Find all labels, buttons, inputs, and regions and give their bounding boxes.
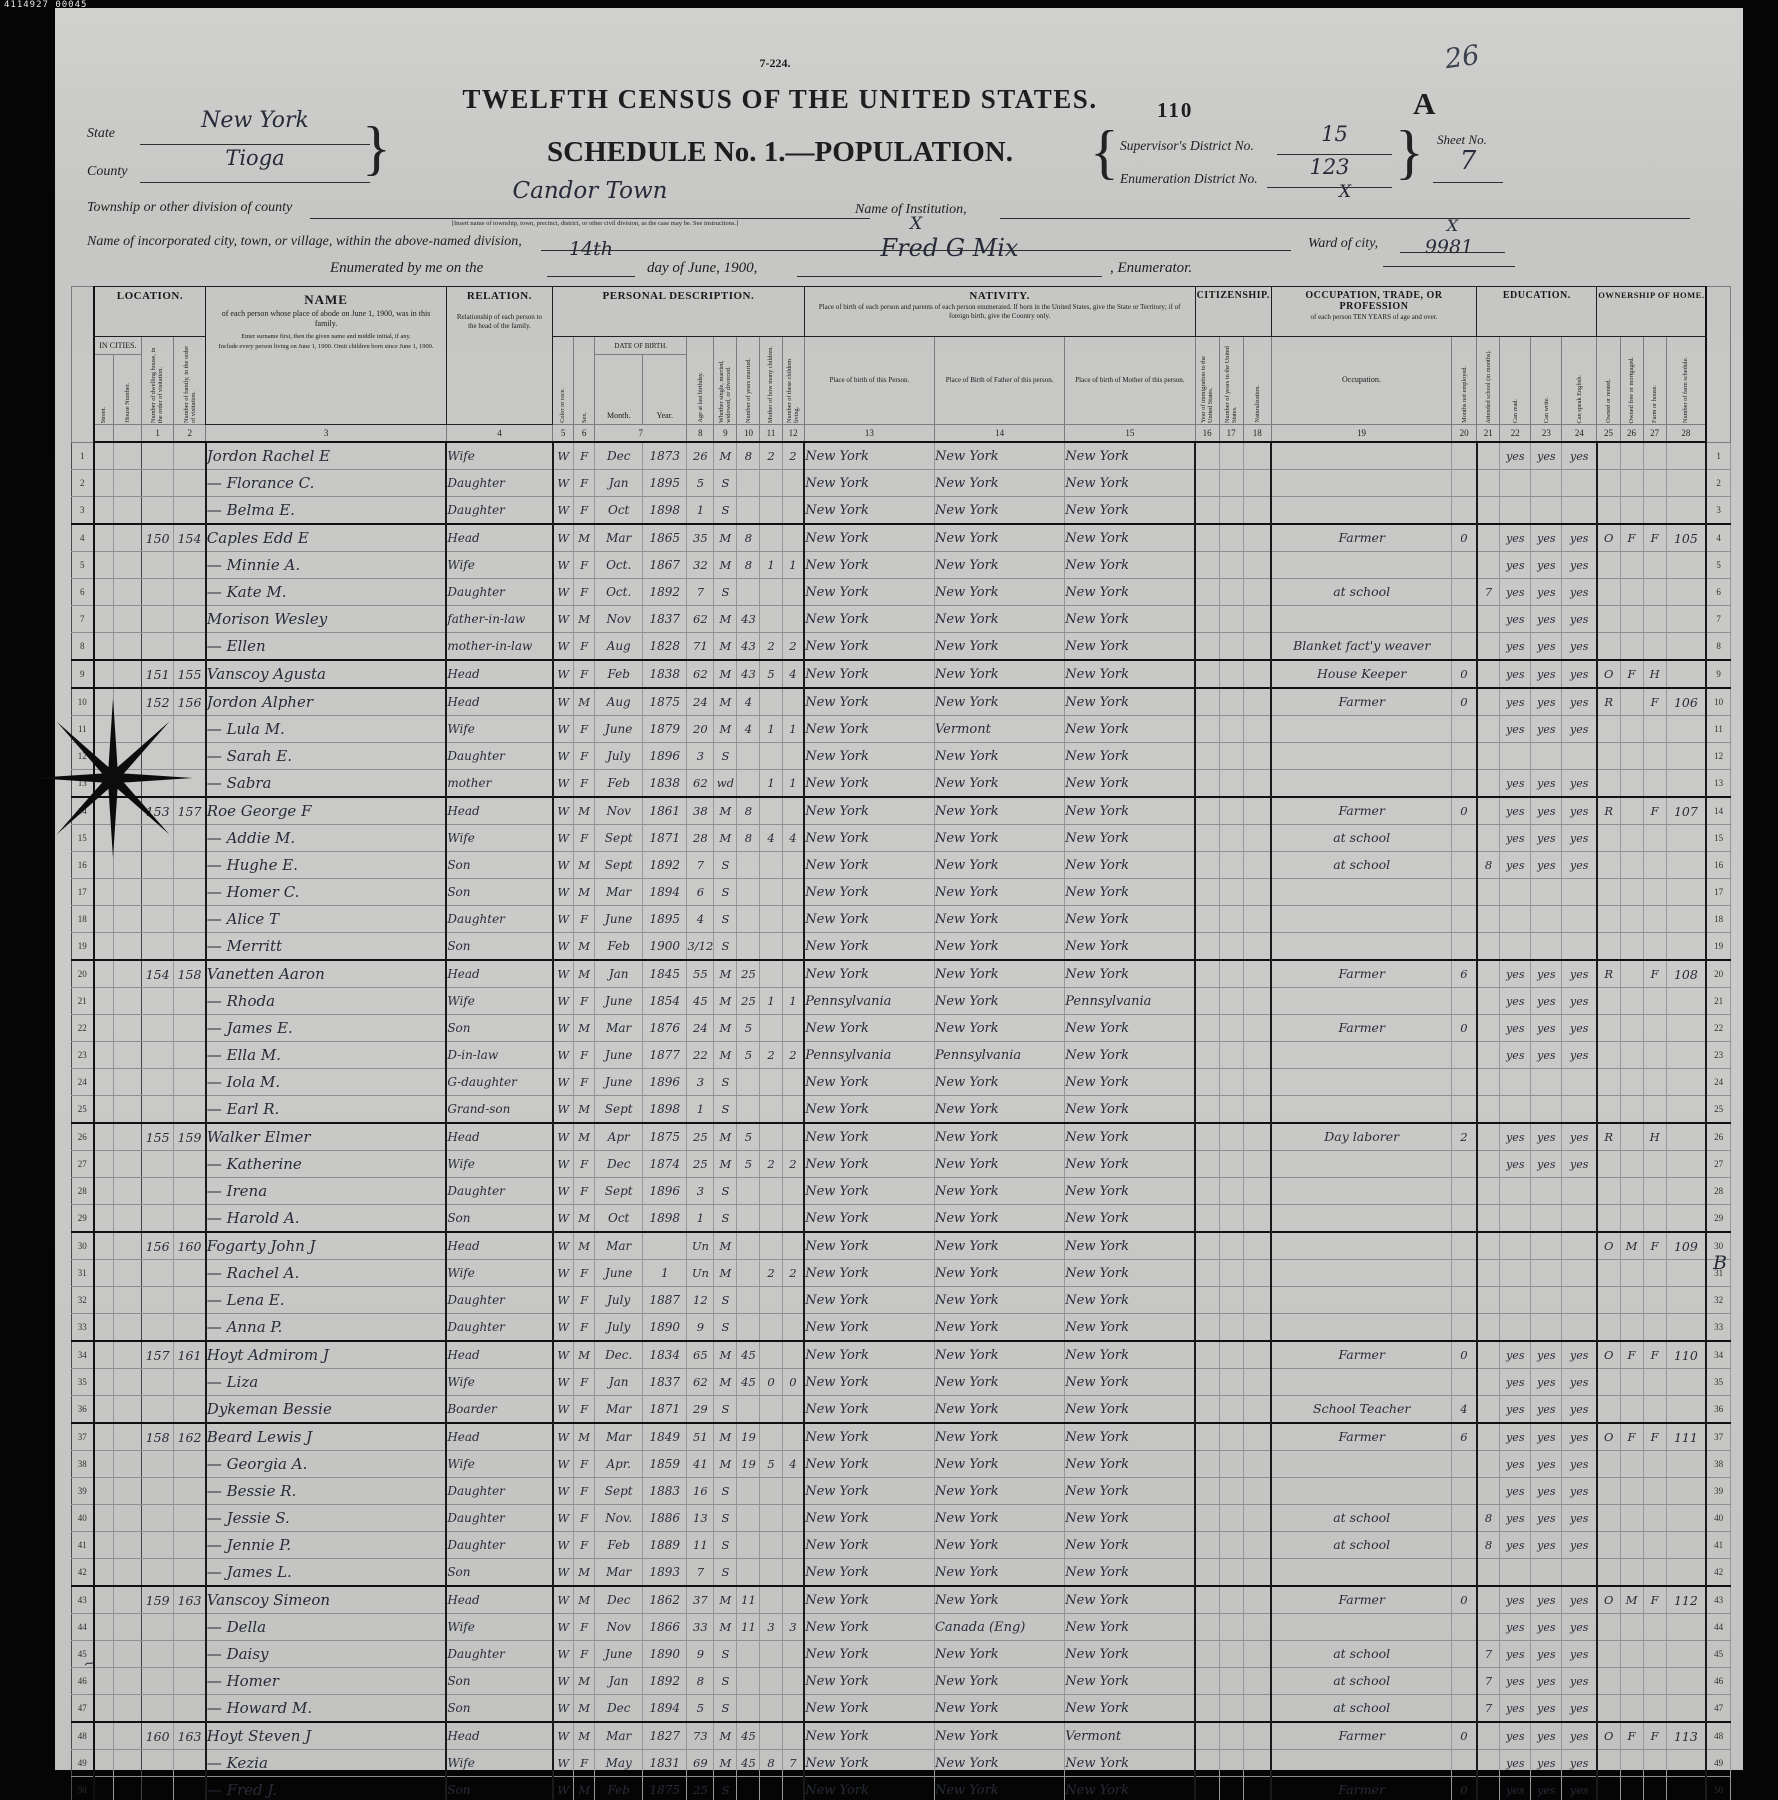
line-number-right: 17 <box>1706 879 1730 906</box>
children-living <box>782 1123 804 1151</box>
free-mortgaged: F <box>1620 660 1643 688</box>
owned-rented <box>1597 1042 1620 1069</box>
age: 7 <box>687 579 714 606</box>
house-number <box>114 1314 142 1342</box>
age: 65 <box>687 1341 714 1369</box>
age: 8 <box>687 1668 714 1695</box>
occupation <box>1271 497 1451 525</box>
free-mortgaged: F <box>1620 1722 1643 1750</box>
house-number <box>114 1614 142 1641</box>
months-not-employed <box>1452 743 1477 770</box>
birth-year: 1831 <box>643 1750 687 1777</box>
family-number: 159 <box>174 1123 206 1151</box>
name: — Lula M. <box>206 716 447 743</box>
sex: F <box>574 1641 595 1668</box>
can-speak-english: yes <box>1562 633 1597 661</box>
age: 3 <box>687 743 714 770</box>
column-number-blank <box>94 425 114 443</box>
column-numbers-row: 1234567891011121314151617181920212223242… <box>72 425 1731 443</box>
can-write <box>1531 1205 1562 1233</box>
can-read: yes <box>1500 1750 1531 1777</box>
color: W <box>553 988 574 1015</box>
farm-schedule-number: 108 <box>1666 960 1706 988</box>
mother-of-children <box>760 1287 782 1314</box>
relation: Head <box>446 1232 552 1260</box>
months-not-employed: 0 <box>1452 688 1477 716</box>
relation: Daughter <box>446 1505 552 1532</box>
age: 62 <box>687 770 714 798</box>
can-read <box>1500 1559 1531 1587</box>
years-in-us <box>1219 1123 1243 1151</box>
color: W <box>553 688 574 716</box>
age: 9 <box>687 1314 714 1342</box>
age: 3/12 <box>687 933 714 961</box>
birth-month: Jan <box>595 1369 643 1396</box>
father-birthplace: New York <box>934 1722 1064 1750</box>
line-number-left: 22 <box>72 1015 94 1042</box>
line-number-right: 41 <box>1706 1532 1730 1559</box>
owned-rented <box>1597 933 1620 961</box>
school-months <box>1477 1559 1500 1587</box>
birth-year: 1894 <box>643 1695 687 1723</box>
farm-schedule-number <box>1666 470 1706 497</box>
relation: Wife <box>446 1750 552 1777</box>
birth-year: 1886 <box>643 1505 687 1532</box>
birthplace: New York <box>804 1205 934 1233</box>
family-number <box>174 1069 206 1096</box>
can-read: yes <box>1500 1015 1531 1042</box>
years-in-us <box>1219 660 1243 688</box>
years-married <box>737 906 760 933</box>
name: — Iola M. <box>206 1069 447 1096</box>
color: W <box>553 1096 574 1124</box>
father-birthplace: New York <box>934 1151 1064 1178</box>
relation: Son <box>446 1695 552 1723</box>
owned-rented <box>1597 1369 1620 1396</box>
birthplace: New York <box>804 579 934 606</box>
dwelling-number <box>142 1505 174 1532</box>
occupation: at school <box>1271 1532 1451 1559</box>
col-house-number: House Number. <box>114 355 142 425</box>
age: 11 <box>687 1532 714 1559</box>
years-in-us <box>1219 1722 1243 1750</box>
relation: mother <box>446 770 552 798</box>
family-number <box>174 1396 206 1424</box>
birth-month: Oct. <box>595 552 643 579</box>
line-number-left: 9 <box>72 660 94 688</box>
birthplace: New York <box>804 1015 934 1042</box>
column-number-26: 26 <box>1620 425 1643 443</box>
column-number-17: 17 <box>1219 425 1243 443</box>
naturalization <box>1243 879 1271 906</box>
dwelling-number <box>142 1369 174 1396</box>
marital-status: M <box>714 552 737 579</box>
naturalization <box>1243 688 1271 716</box>
immigration-year <box>1195 1695 1219 1723</box>
can-write: yes <box>1531 660 1562 688</box>
name: — Katherine <box>206 1151 447 1178</box>
owned-rented: O <box>1597 1341 1620 1369</box>
naturalization <box>1243 1451 1271 1478</box>
free-mortgaged <box>1620 1096 1643 1124</box>
occupation <box>1271 606 1451 633</box>
school-months <box>1477 1341 1500 1369</box>
birth-month: Nov <box>595 606 643 633</box>
immigration-year <box>1195 1423 1219 1451</box>
birth-month: Feb <box>595 933 643 961</box>
mother-of-children <box>760 1695 782 1723</box>
age: 71 <box>687 633 714 661</box>
age: 25 <box>687 1777 714 1800</box>
naturalization <box>1243 606 1271 633</box>
farm-schedule-number <box>1666 716 1706 743</box>
school-months <box>1477 1586 1500 1614</box>
marital-status: M <box>714 1369 737 1396</box>
name: — Della <box>206 1614 447 1641</box>
free-mortgaged <box>1620 906 1643 933</box>
birth-month: Mar <box>595 879 643 906</box>
farm-schedule-number: 111 <box>1666 1423 1706 1451</box>
years-in-us <box>1219 606 1243 633</box>
birth-month: Nov <box>595 1614 643 1641</box>
stamp-110: 110 <box>1157 98 1193 123</box>
mother-birthplace: New York <box>1065 1178 1195 1205</box>
free-mortgaged: M <box>1620 1586 1643 1614</box>
column-number-19: 19 <box>1271 425 1451 443</box>
mother-birthplace: New York <box>1065 770 1195 798</box>
city-label: Name of incorporated city, town, or vill… <box>87 234 522 250</box>
free-mortgaged <box>1620 825 1643 852</box>
age: 7 <box>687 1559 714 1587</box>
can-write: yes <box>1531 852 1562 879</box>
marital-status: M <box>714 1260 737 1287</box>
birth-month: Dec. <box>595 1341 643 1369</box>
naturalization <box>1243 906 1271 933</box>
children-living: 3 <box>782 1614 804 1641</box>
marital-status: S <box>714 1069 737 1096</box>
can-speak-english: yes <box>1562 1341 1597 1369</box>
state-value: New York <box>201 108 309 133</box>
census-table-header: LOCATION. NAME of each person whose plac… <box>72 287 1731 443</box>
street <box>94 1722 114 1750</box>
marital-status: S <box>714 852 737 879</box>
occupation <box>1271 1205 1451 1233</box>
months-not-employed <box>1452 988 1477 1015</box>
house-number <box>114 1260 142 1287</box>
column-number-9: 9 <box>714 425 737 443</box>
township-label: Township or other division of county <box>87 200 292 216</box>
father-birthplace: New York <box>934 1205 1064 1233</box>
color: W <box>553 1722 574 1750</box>
children-living: 4 <box>782 825 804 852</box>
farm-house <box>1643 1396 1666 1424</box>
immigration-year <box>1195 660 1219 688</box>
months-not-employed <box>1452 1232 1477 1260</box>
name: — Daisy <box>206 1641 447 1668</box>
can-read: yes <box>1500 1532 1531 1559</box>
father-birthplace: New York <box>934 1423 1064 1451</box>
marital-status: S <box>714 579 737 606</box>
birth-month: Apr <box>595 1123 643 1151</box>
marital-status: S <box>714 1396 737 1424</box>
col-free-mortgaged: Owned free or mortgaged. <box>1620 337 1643 425</box>
birth-year: 1895 <box>643 906 687 933</box>
naturalization <box>1243 1559 1271 1587</box>
naturalization <box>1243 524 1271 552</box>
street <box>94 960 114 988</box>
can-write: yes <box>1531 1668 1562 1695</box>
relation: Wife <box>446 716 552 743</box>
months-not-employed <box>1452 1695 1477 1723</box>
children-living <box>782 1777 804 1800</box>
occupation: Blanket fact'y weaver <box>1271 633 1451 661</box>
line-number-header-right <box>1706 287 1730 443</box>
immigration-year <box>1195 770 1219 798</box>
street <box>94 1205 114 1233</box>
age: 4 <box>687 906 714 933</box>
mother-of-children <box>760 1015 782 1042</box>
mother-of-children <box>760 1559 782 1587</box>
children-living: 4 <box>782 660 804 688</box>
birthplace: New York <box>804 1396 934 1424</box>
farm-schedule-number <box>1666 1532 1706 1559</box>
line-number-right: 40 <box>1706 1505 1730 1532</box>
enumerated-day-field: 14th <box>547 236 635 277</box>
house-number <box>114 1069 142 1096</box>
father-birthplace: New York <box>934 1750 1064 1777</box>
relation: Son <box>446 1559 552 1587</box>
mother-birthplace: New York <box>1065 1586 1195 1614</box>
immigration-year <box>1195 633 1219 661</box>
immigration-year <box>1195 1478 1219 1505</box>
mother-of-children: 1 <box>760 552 782 579</box>
marital-status: M <box>714 442 737 470</box>
family-number <box>174 906 206 933</box>
months-not-employed <box>1452 1750 1477 1777</box>
house-number <box>114 524 142 552</box>
mother-birthplace: New York <box>1065 1096 1195 1124</box>
farm-house: F <box>1643 1722 1666 1750</box>
line-number-right: 34 <box>1706 1341 1730 1369</box>
years-in-us <box>1219 1777 1243 1800</box>
free-mortgaged <box>1620 1777 1643 1800</box>
free-mortgaged <box>1620 633 1643 661</box>
free-mortgaged <box>1620 1205 1643 1233</box>
farm-schedule-number: 112 <box>1666 1586 1706 1614</box>
occupation <box>1271 1314 1451 1342</box>
relation: Wife <box>446 825 552 852</box>
family-number <box>174 1777 206 1800</box>
mother-birthplace: New York <box>1065 1777 1195 1800</box>
months-not-employed <box>1452 1641 1477 1668</box>
months-not-employed: 0 <box>1452 1341 1477 1369</box>
years-in-us <box>1219 579 1243 606</box>
birth-year: 1898 <box>643 1096 687 1124</box>
column-number-14: 14 <box>934 425 1064 443</box>
street <box>94 1123 114 1151</box>
father-birthplace: New York <box>934 1478 1064 1505</box>
street <box>94 879 114 906</box>
can-speak-english: yes <box>1562 606 1597 633</box>
color: W <box>553 1015 574 1042</box>
mother-birthplace: New York <box>1065 524 1195 552</box>
owned-rented <box>1597 1314 1620 1342</box>
dwelling-number: 150 <box>142 524 174 552</box>
years-married: 45 <box>737 1369 760 1396</box>
relation: Daughter <box>446 1287 552 1314</box>
birth-month: Dec <box>595 1695 643 1723</box>
farm-schedule-number <box>1666 1260 1706 1287</box>
house-number <box>114 1478 142 1505</box>
free-mortgaged <box>1620 852 1643 879</box>
can-speak-english <box>1562 1096 1597 1124</box>
farm-house <box>1643 470 1666 497</box>
house-number <box>114 442 142 470</box>
immigration-year <box>1195 1586 1219 1614</box>
marital-status: S <box>714 1668 737 1695</box>
birthplace: New York <box>804 1341 934 1369</box>
occupation: Day laborer <box>1271 1123 1451 1151</box>
owned-rented <box>1597 825 1620 852</box>
school-months <box>1477 1015 1500 1042</box>
mother-birthplace: New York <box>1065 1396 1195 1424</box>
dwelling-number <box>142 497 174 525</box>
years-in-us <box>1219 1042 1243 1069</box>
sex: M <box>574 1096 595 1124</box>
father-birthplace: New York <box>934 1586 1064 1614</box>
father-birthplace: New York <box>934 1396 1064 1424</box>
line-number-left: 39 <box>72 1478 94 1505</box>
col-mother-of: Mother of how many children. <box>760 337 782 425</box>
owned-rented <box>1597 906 1620 933</box>
occupation <box>1271 770 1451 798</box>
immigration-year <box>1195 1015 1219 1042</box>
family-number: 155 <box>174 660 206 688</box>
birthplace: New York <box>804 633 934 661</box>
street <box>94 579 114 606</box>
months-not-employed: 0 <box>1452 1015 1477 1042</box>
occupation <box>1271 1178 1451 1205</box>
father-birthplace: New York <box>934 1232 1064 1260</box>
street <box>94 1341 114 1369</box>
sex: M <box>574 1722 595 1750</box>
street <box>94 1287 114 1314</box>
col-pob-mother: Place of birth of Mother of this person. <box>1065 337 1195 425</box>
age: 25 <box>687 1123 714 1151</box>
age: 62 <box>687 660 714 688</box>
sex: M <box>574 1015 595 1042</box>
family-number <box>174 1151 206 1178</box>
line-number-left: 32 <box>72 1287 94 1314</box>
school-months: 7 <box>1477 1641 1500 1668</box>
birth-year: 1893 <box>643 1559 687 1587</box>
sex: F <box>574 1069 595 1096</box>
birthplace: New York <box>804 552 934 579</box>
line-number-left: 17 <box>72 879 94 906</box>
birthplace: New York <box>804 1123 934 1151</box>
relation: Son <box>446 1015 552 1042</box>
birthplace: New York <box>804 1287 934 1314</box>
occupation <box>1271 1069 1451 1096</box>
color: W <box>553 1287 574 1314</box>
can-speak-english <box>1562 1260 1597 1287</box>
immigration-year <box>1195 1369 1219 1396</box>
line-number-right: 7 <box>1706 606 1730 633</box>
name: Vanscoy Simeon <box>206 1586 447 1614</box>
years-married <box>737 1096 760 1124</box>
school-months: 8 <box>1477 1532 1500 1559</box>
years-married <box>737 1232 760 1260</box>
school-months: 7 <box>1477 1695 1500 1723</box>
col-years-married: Number of years married. <box>737 337 760 425</box>
mother-of-children <box>760 1641 782 1668</box>
free-mortgaged <box>1620 933 1643 961</box>
column-number-13: 13 <box>804 425 934 443</box>
school-months <box>1477 1451 1500 1478</box>
color: W <box>553 1369 574 1396</box>
relation: Wife <box>446 1614 552 1641</box>
mother-of-children <box>760 1314 782 1342</box>
sex: M <box>574 1668 595 1695</box>
mother-of-children: 1 <box>760 988 782 1015</box>
ward-label: Ward of city, <box>1308 236 1378 252</box>
can-speak-english <box>1562 1205 1597 1233</box>
can-read: yes <box>1500 524 1531 552</box>
birth-year: 1898 <box>643 497 687 525</box>
years-in-us <box>1219 1586 1243 1614</box>
farm-schedule-number <box>1666 1096 1706 1124</box>
relation: Boarder <box>446 1396 552 1424</box>
age: 73 <box>687 1722 714 1750</box>
mother-of-children: 2 <box>760 442 782 470</box>
years-married: 8 <box>737 524 760 552</box>
mother-of-children: 8 <box>760 1750 782 1777</box>
can-read <box>1500 1260 1531 1287</box>
mother-birthplace: New York <box>1065 825 1195 852</box>
immigration-year <box>1195 442 1219 470</box>
years-married <box>737 1559 760 1587</box>
free-mortgaged <box>1620 1478 1643 1505</box>
free-mortgaged: F <box>1620 1423 1643 1451</box>
name: — Earl R. <box>206 1096 447 1124</box>
can-speak-english <box>1562 1069 1597 1096</box>
sex: F <box>574 1369 595 1396</box>
can-speak-english <box>1562 1559 1597 1587</box>
school-months <box>1477 1750 1500 1777</box>
immigration-year <box>1195 1042 1219 1069</box>
birth-year: 1890 <box>643 1314 687 1342</box>
occupation <box>1271 1260 1451 1287</box>
owned-rented <box>1597 1451 1620 1478</box>
mother-birthplace: New York <box>1065 1668 1195 1695</box>
color: W <box>553 497 574 525</box>
occupation: at school <box>1271 1505 1451 1532</box>
months-not-employed <box>1452 1042 1477 1069</box>
naturalization <box>1243 1750 1271 1777</box>
color: W <box>553 1641 574 1668</box>
free-mortgaged <box>1620 1532 1643 1559</box>
children-living: 2 <box>782 1042 804 1069</box>
father-birthplace: New York <box>934 688 1064 716</box>
can-speak-english: yes <box>1562 797 1597 825</box>
birth-month: Feb <box>595 770 643 798</box>
birth-month: June <box>595 906 643 933</box>
children-living <box>782 797 804 825</box>
school-months: 7 <box>1477 579 1500 606</box>
mother-birthplace: New York <box>1065 933 1195 961</box>
school-months <box>1477 470 1500 497</box>
farm-house <box>1643 1614 1666 1641</box>
